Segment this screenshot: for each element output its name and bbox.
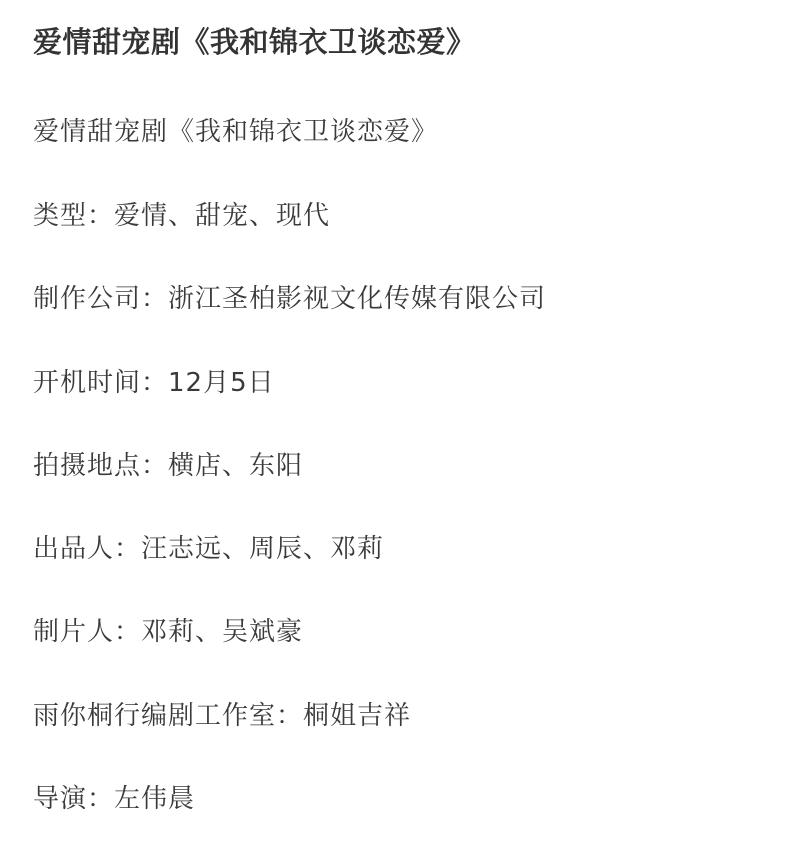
paragraph-screenwriter: 雨你桐行编剧工作室：桐姐吉祥 (33, 698, 411, 734)
paragraph-production-company: 制作公司：浙江圣柏影视文化传媒有限公司 (33, 281, 546, 317)
paragraph-start-date: 开机时间：12月5日 (33, 365, 275, 401)
paragraph-subtitle: 爱情甜宠剧《我和锦衣卫谈恋爱》 (33, 114, 438, 150)
paragraph-line-producers: 制片人：邓莉、吴斌豪 (33, 614, 303, 650)
paragraph-genre: 类型：爱情、甜宠、现代 (33, 198, 330, 234)
paragraph-filming-location: 拍摄地点：横店、东阳 (33, 448, 303, 484)
article-title: 爱情甜宠剧《我和锦衣卫谈恋爱》 (33, 22, 476, 62)
paragraph-director: 导演：左伟晨 (33, 781, 195, 817)
paragraph-producers: 出品人：汪志远、周辰、邓莉 (33, 531, 384, 567)
